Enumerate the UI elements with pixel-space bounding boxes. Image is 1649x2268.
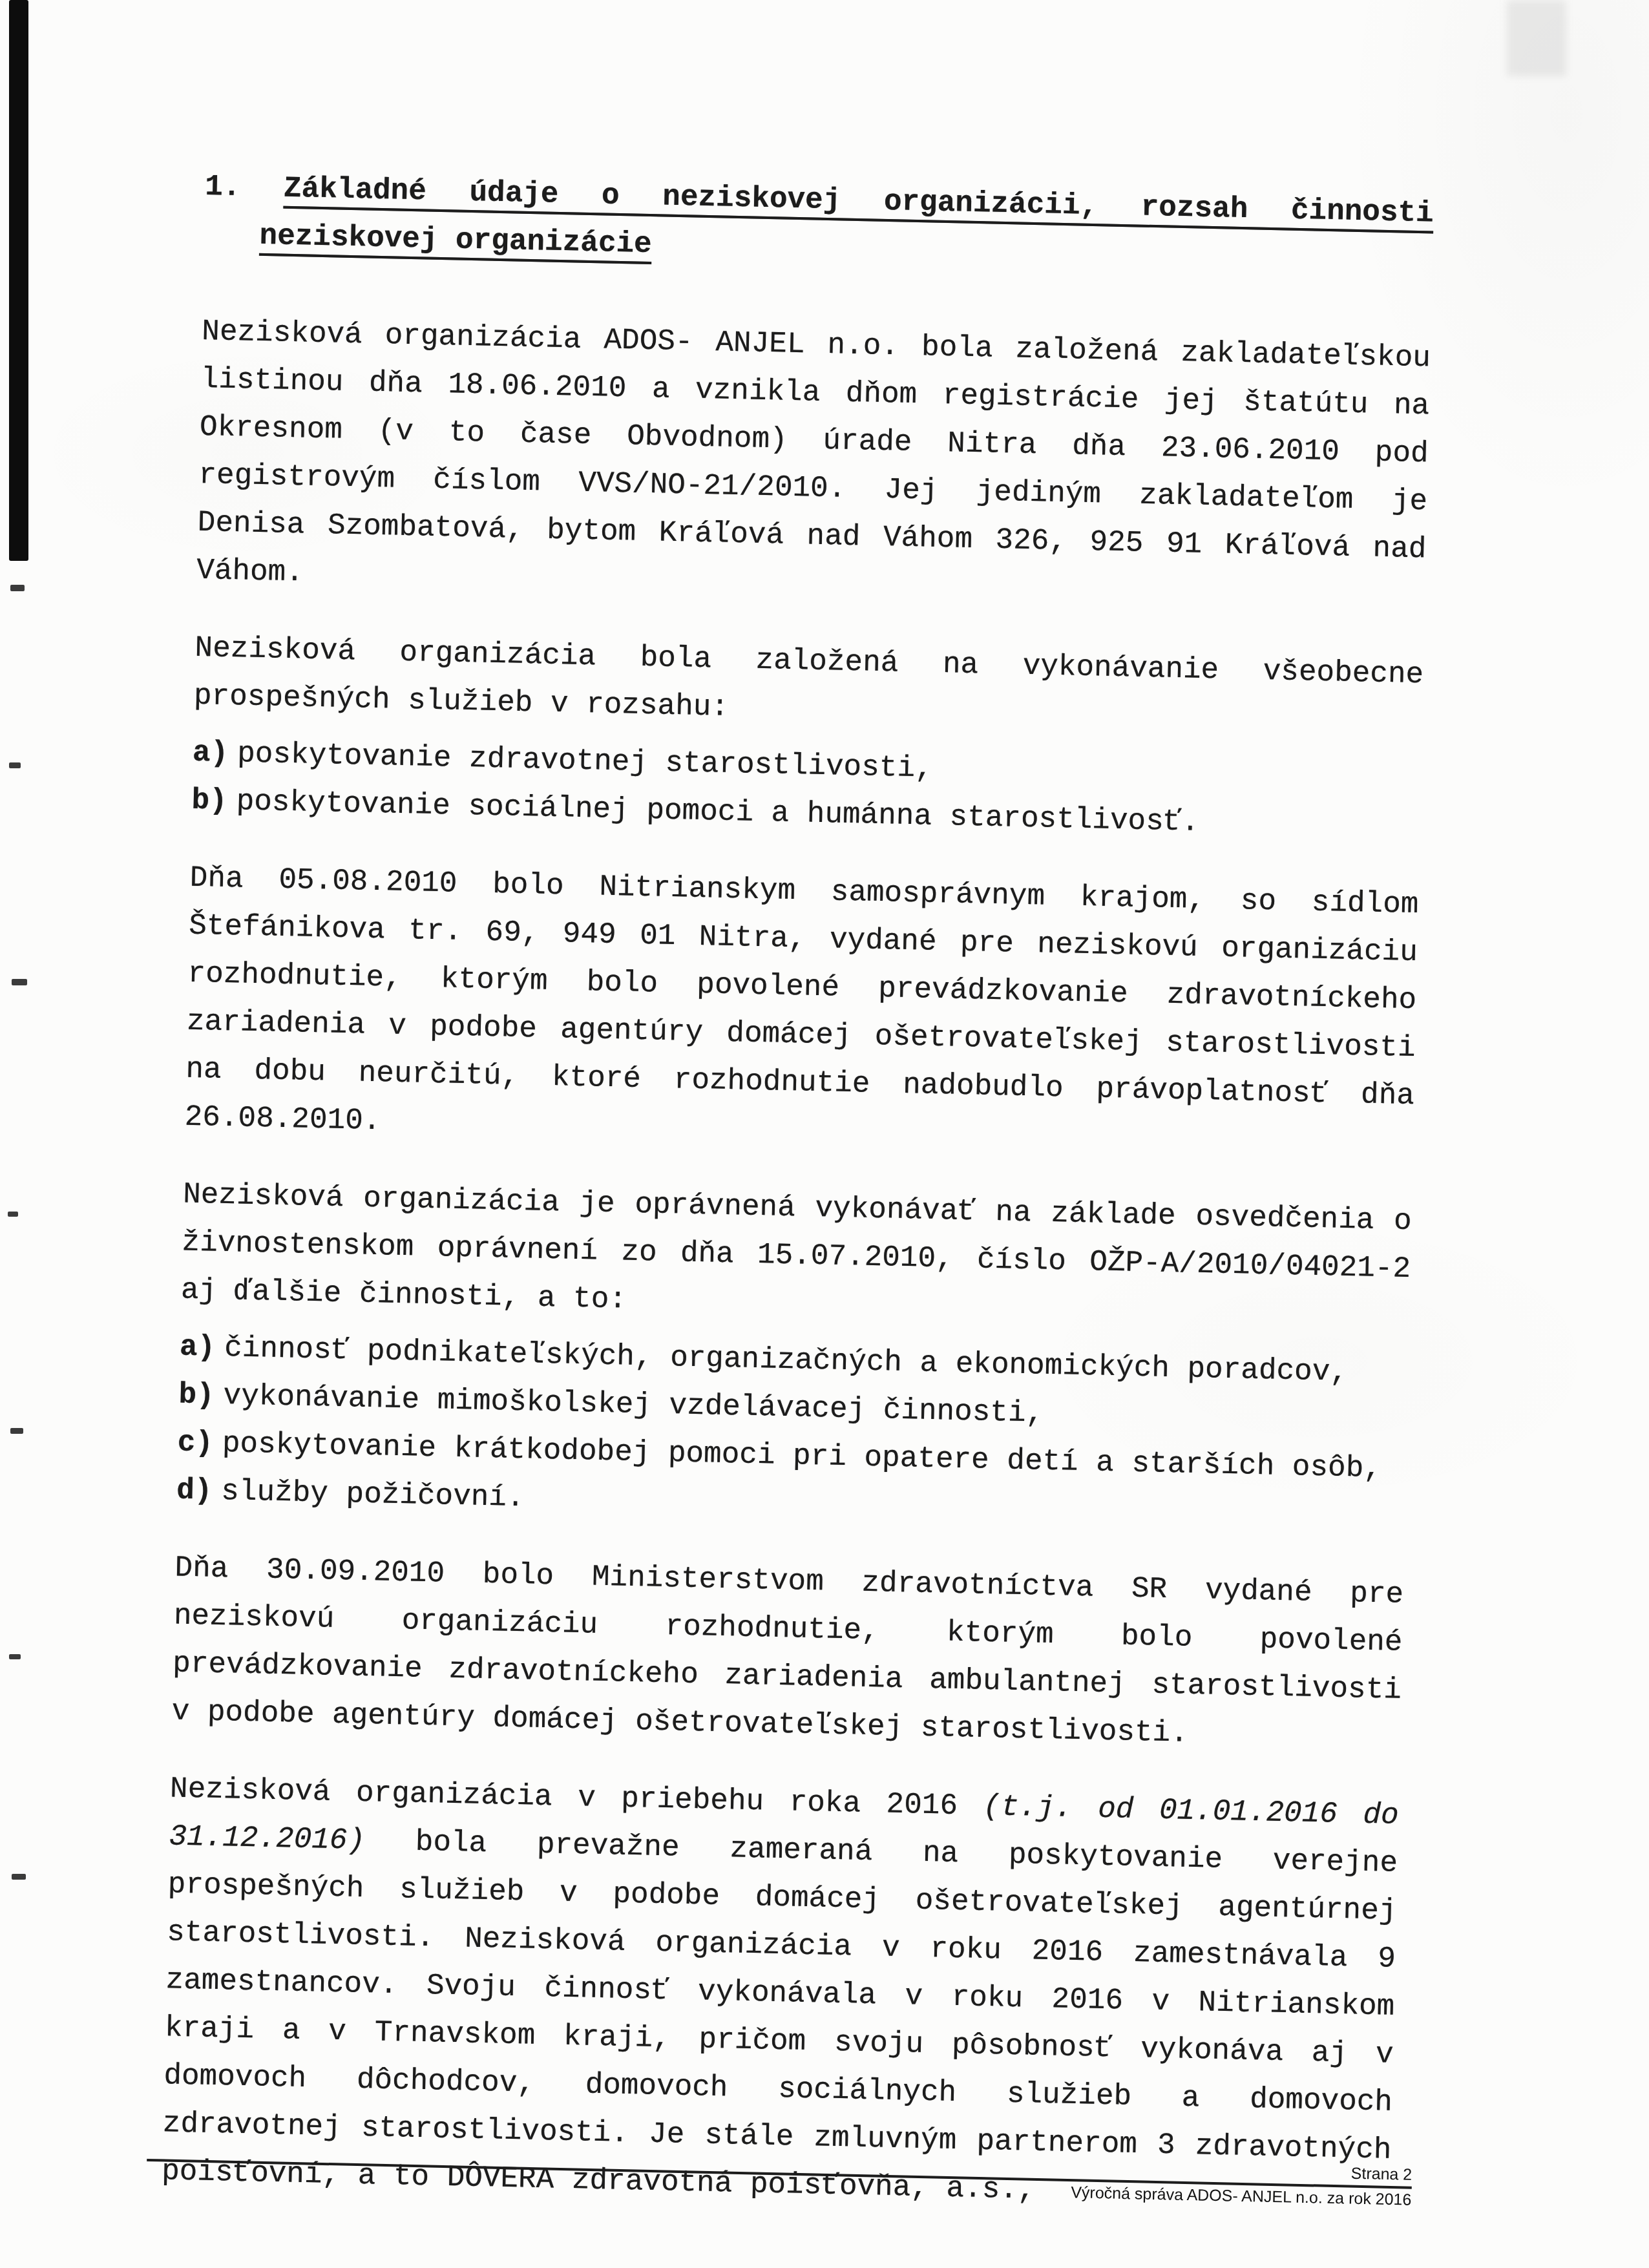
scan-speck xyxy=(12,1874,26,1880)
scan-speck xyxy=(8,1212,18,1217)
scan-speck xyxy=(9,1654,21,1659)
paragraph-trade-intro: Nezisková organizácia je oprávnená vykon… xyxy=(180,1171,1412,1341)
list-item-text: poskytovanie zdravotnej starostlivosti, xyxy=(237,737,933,785)
scan-smudge xyxy=(1507,0,1566,76)
paragraph-services-intro: Nezisková organizácia bola založená na v… xyxy=(193,624,1424,746)
paragraph-founding: Nezisková organizácia ADOS- ANJEL n.o. b… xyxy=(196,308,1431,621)
scan-speck xyxy=(9,762,21,768)
activities-list: a)činnosť podnikateľských, organizačných… xyxy=(176,1323,1409,1541)
list-item-text: služby požičovní. xyxy=(221,1475,525,1515)
services-list: a)poskytovanie zdravotnej starostlivosti… xyxy=(191,729,1422,851)
scanned-document-page: 1. Základné údaje o neziskovej organizác… xyxy=(0,0,1649,2268)
paragraph-ministry: Dňa 30.09.2010 bolo Ministerstvom zdravo… xyxy=(171,1544,1404,1761)
document-content: 1. Základné údaje o neziskovej organizác… xyxy=(160,163,1434,2252)
paragraph-nsk-decision: Dňa 05.08.2010 bolo Nitrianskym samosprá… xyxy=(184,854,1419,1168)
scan-speck xyxy=(10,1428,23,1434)
section-title: Základné údaje o neziskovej organizácii,… xyxy=(259,172,1434,261)
scan-speck xyxy=(10,585,25,591)
section-number: 1. xyxy=(205,170,241,204)
list-item-label: d) xyxy=(176,1474,213,1508)
list-item-label: a) xyxy=(193,736,229,770)
section-heading: 1. Základné údaje o neziskovej organizác… xyxy=(204,163,1434,285)
list-item-label: a) xyxy=(179,1330,215,1365)
list-item-label: b) xyxy=(191,784,227,818)
scan-speck xyxy=(12,979,27,985)
paragraph-2016-pre: Nezisková organizácia v priebehu roka 20… xyxy=(170,1772,984,1823)
list-item-label: c) xyxy=(177,1426,213,1460)
scan-edge-artifact xyxy=(9,0,28,561)
list-item-label: b) xyxy=(178,1378,215,1412)
